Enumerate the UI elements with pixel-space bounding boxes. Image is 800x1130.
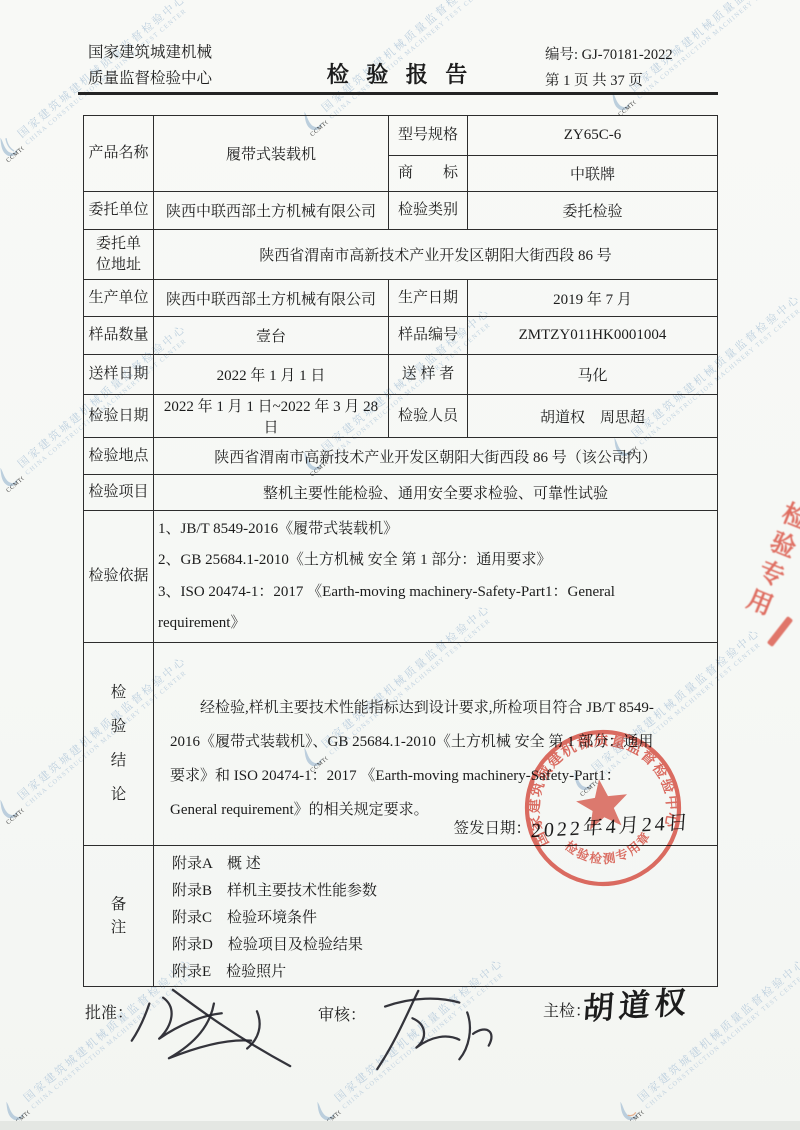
basis-label: 检验依据 (84, 511, 154, 643)
report-title: 检 验 报 告 (0, 58, 800, 89)
manufacturer-value: 陕西中联西部土方机械有限公司 (154, 280, 389, 317)
sign-date-label: 签发日期： (453, 820, 531, 837)
report-page: CCMTC国家建筑城建机械质量监督检验中心CHINA CONSTRUCTION … (0, 0, 800, 1130)
svg-text:检验检测专用章: 检验检测专用章 (561, 826, 657, 872)
client-address-label: 委托单 位地址 (84, 230, 154, 280)
sample-qty-label: 样品数量 (84, 317, 154, 355)
client-address-value: 陕西省渭南市高新技术产业开发区朝阳大街西段 86 号 (154, 230, 718, 280)
model-label: 型号规格 (389, 116, 468, 156)
product-name-label: 产品名称 (84, 116, 154, 192)
table-row: 样品数量 壹台 样品编号 ZMTZY011HK0001004 (84, 317, 718, 355)
model-value: ZY65C-6 (468, 116, 718, 156)
table-row: 送样日期 2022 年 1 月 1 日 送 样 者 马化 (84, 355, 718, 395)
sample-no-value: ZMTZY011HK0001004 (468, 317, 718, 355)
table-row: 检验依据 1、JB/T 8549-2016《履带式装载机》 2、GB 25684… (84, 511, 718, 643)
trademark-label: 商 标 (389, 156, 468, 192)
inspection-type-label: 检验类别 (389, 192, 468, 230)
header-rule (78, 92, 718, 95)
basis-line: requirement》 (158, 608, 713, 640)
inspectors-value: 胡道权 周思超 (468, 395, 718, 438)
sample-qty-value: 壹台 (154, 317, 389, 355)
inspection-date-label: 检验日期 (84, 395, 154, 438)
sample-no-label: 样品编号 (389, 317, 468, 355)
send-date-value: 2022 年 1 月 1 日 (154, 355, 389, 395)
table-row: 检验项目 整机主要性能检验、通用安全要求检验、可靠性试验 (84, 475, 718, 511)
seal-star-icon (574, 776, 632, 831)
inspectors-label: 检验人员 (389, 395, 468, 438)
basis-line: 2、GB 25684.1-2010《土方机械 安全 第 1 部分：通用要求》 (158, 545, 713, 577)
note-line: 附录D 检验项目及检验结果 (172, 932, 713, 959)
sender-label: 送 样 者 (389, 355, 468, 395)
report-number: 编号: GJ-70181-2022 (545, 42, 673, 68)
items-value: 整机主要性能检验、通用安全要求检验、可靠性试验 (154, 475, 718, 511)
location-value: 陕西省渭南市高新技术产业开发区朝阳大街西段 86 号（该公司内） (154, 438, 718, 475)
table-row: 检验地点 陕西省渭南市高新技术产业开发区朝阳大街西段 86 号（该公司内） (84, 438, 718, 475)
client-label: 委托单位 (84, 192, 154, 230)
manufacturer-label: 生产单位 (84, 280, 154, 317)
basis-line: 1、JB/T 8549-2016《履带式装载机》 (158, 514, 713, 546)
ccmtc-logo-icon: CCMTC (0, 792, 25, 826)
approver-signature (118, 982, 303, 1070)
basis-value: 1、JB/T 8549-2016《履带式装载机》 2、GB 25684.1-20… (154, 511, 718, 643)
table-row: 产品名称 履带式装载机 型号规格 ZY65C-6 (84, 116, 718, 156)
table-row: 生产单位 陕西中联西部土方机械有限公司 生产日期 2019 年 7 月 (84, 280, 718, 317)
edge-seal-fragment: 检验专用 (734, 496, 800, 624)
location-label: 检验地点 (84, 438, 154, 475)
chief-inspector-signature: 胡道权 (582, 976, 693, 1029)
wm-abbr: CCMTC (6, 144, 25, 164)
report-meta: 编号: GJ-70181-2022 第 1 页 共 37 页 (545, 42, 673, 94)
note-line: 附录C 检验环境条件 (172, 905, 713, 932)
conclusion-line: 经检验,样机主要技术性能指标达到设计要求,所检项目符合 JB/T 8549- (170, 691, 705, 725)
reviewer-signature (356, 985, 506, 1073)
trademark-value: 中联牌 (468, 156, 718, 192)
client-value: 陕西中联西部土方机械有限公司 (154, 192, 389, 230)
inspection-date-value: 2022 年 1 月 1 日~2022 年 3 月 28 日 (154, 395, 389, 438)
table-row: 检验日期 2022 年 1 月 1 日~2022 年 3 月 28 日 检验人员… (84, 395, 718, 438)
basis-line: 3、ISO 20474-1：2017 《Earth-moving machine… (158, 577, 713, 609)
ccmtc-logo-icon: CCMTC (0, 460, 25, 494)
table-row: 委托单位 陕西中联西部土方机械有限公司 检验类别 委托检验 (84, 192, 718, 230)
svg-text:CCMTC: CCMTC (6, 474, 25, 494)
official-seal-stamp: 国家建筑城建机械质量监督检验中心 检验检测专用章 (510, 715, 695, 900)
seal-bottom-text: 检验检测专用章 (561, 826, 657, 872)
ccmtc-logo-icon: CCMTC (0, 130, 25, 164)
sender-value: 马化 (468, 355, 718, 395)
items-label: 检验项目 (84, 475, 154, 511)
inspection-type-value: 委托检验 (468, 192, 718, 230)
scan-edge (0, 1121, 800, 1130)
edge-seal-mark (767, 616, 793, 647)
production-date-label: 生产日期 (389, 280, 468, 317)
product-name-value: 履带式装载机 (154, 116, 389, 192)
table-row: 委托单 位地址 陕西省渭南市高新技术产业开发区朝阳大街西段 86 号 (84, 230, 718, 280)
conclusion-label: 检 验 结 论 (84, 643, 154, 846)
production-date-value: 2019 年 7 月 (468, 280, 718, 317)
svg-text:CCMTC: CCMTC (6, 806, 25, 826)
page-indicator: 第 1 页 共 37 页 (545, 68, 673, 94)
send-date-label: 送样日期 (84, 355, 154, 395)
notes-label: 备 注 (84, 846, 154, 987)
